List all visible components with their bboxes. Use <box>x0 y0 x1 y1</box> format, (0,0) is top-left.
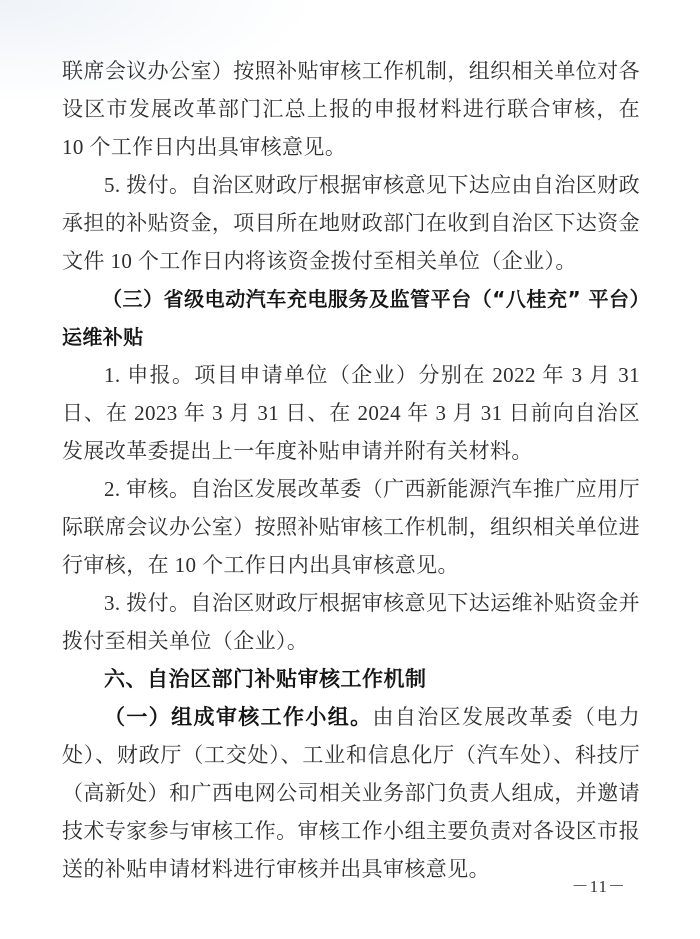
paragraph-lead-body: 由自治区发展改革委（电力处）、财政厅（工交处）、工业和信息化厅（汽车处）、科技厅… <box>62 705 640 881</box>
section-heading-three: （三）省级电动汽车充电服务及监管平台（“八桂充” 平台）运维补贴 <box>62 280 640 356</box>
paragraph-step1-application: 1. 申报。项目申请单位（企业）分别在 2022 年 3 月 31 日、在 20… <box>62 356 640 470</box>
chapter-heading-six: 六、自治区部门补贴审核工作机制 <box>62 660 640 698</box>
paragraph-step2-review: 2. 审核。自治区发展改革委（广西新能源汽车推广应用厅际联席会议办公室）按照补贴… <box>62 470 640 584</box>
paragraph-lead-bold: （一）组成审核工作小组。 <box>104 705 372 729</box>
paragraph-workgroup: （一）组成审核工作小组。由自治区发展改革委（电力处）、财政厅（工交处）、工业和信… <box>62 698 640 888</box>
document-page: 联席会议办公室）按照补贴审核工作机制，组织相关单位对各设区市发展改革部门汇总上报… <box>0 0 700 939</box>
paragraph-step5-payment: 5. 拨付。自治区财政厅根据审核意见下达应由自治区财政承担的补贴资金，项目所在地… <box>62 166 640 280</box>
paragraph-step3-payment: 3. 拨付。自治区财政厅根据审核意见下达运维补贴资金并拨付至相关单位（企业）。 <box>62 584 640 660</box>
page-number: －11－ <box>572 872 626 897</box>
paragraph-continuation: 联席会议办公室）按照补贴审核工作机制，组织相关单位对各设区市发展改革部门汇总上报… <box>62 52 640 166</box>
